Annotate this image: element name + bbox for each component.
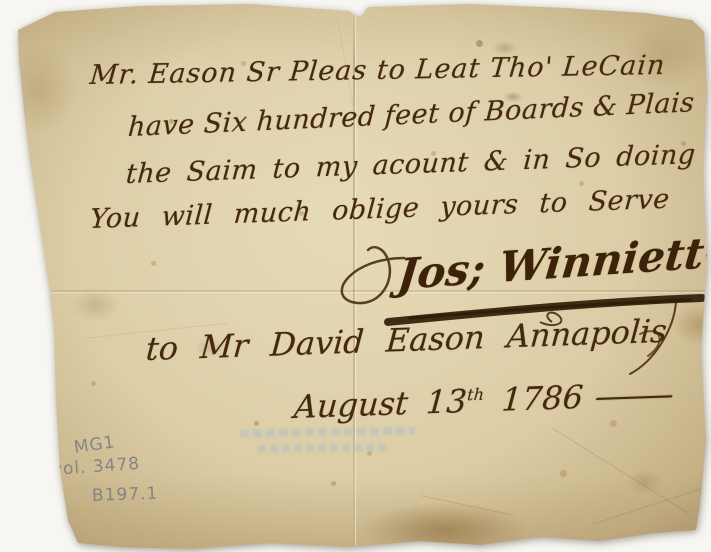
handwriting-line-1: Mr. Eason Sr Pleas to Leat Tho' LeCain [89, 50, 667, 91]
addressee-line: to Mr David Eason Annapolis [145, 312, 669, 368]
handwriting-line-2: have Six hundred feet of Boards & Plais [127, 87, 695, 143]
handwriting-line-4: You will much oblige yours to Serve [89, 184, 671, 235]
pencil-note-collection: MG1 [73, 432, 117, 458]
document-scan: Mr. Eason Sr Pleas to Leat Tho' LeCain h… [0, 0, 711, 552]
faint-blue-stamp [240, 424, 421, 461]
wrinkle-line [421, 495, 514, 516]
signature: Jos; WinniettJnr [395, 225, 711, 299]
date-flourish-dash: — [592, 375, 678, 416]
aged-paper: Mr. Eason Sr Pleas to Leat Tho' LeCain h… [0, 0, 711, 552]
wrinkle-line [593, 486, 707, 524]
stamp-line [240, 427, 415, 438]
stamp-line [258, 443, 388, 453]
foxing-spots [0, 0, 3, 3]
signature-name: Jos; Winniett [395, 228, 706, 299]
pencil-note-item: B197.1 [92, 484, 159, 506]
date-ordinal: th [467, 385, 485, 405]
paper-shadow: Mr. Eason Sr Pleas to Leat Tho' LeCain h… [0, 0, 711, 552]
handwriting-line-3: the Saim to my acount & in So doing [125, 139, 697, 190]
pencil-note-volume: vol. 3478 [51, 454, 140, 480]
vertical-fold-crease [353, 6, 355, 546]
horizontal-fold-crease [52, 290, 707, 292]
date-year: 1786 [500, 378, 584, 419]
wrinkle-line [552, 428, 688, 514]
date-month-day: August 13 [293, 382, 469, 426]
date-line: August 13th 1786— [293, 376, 627, 426]
